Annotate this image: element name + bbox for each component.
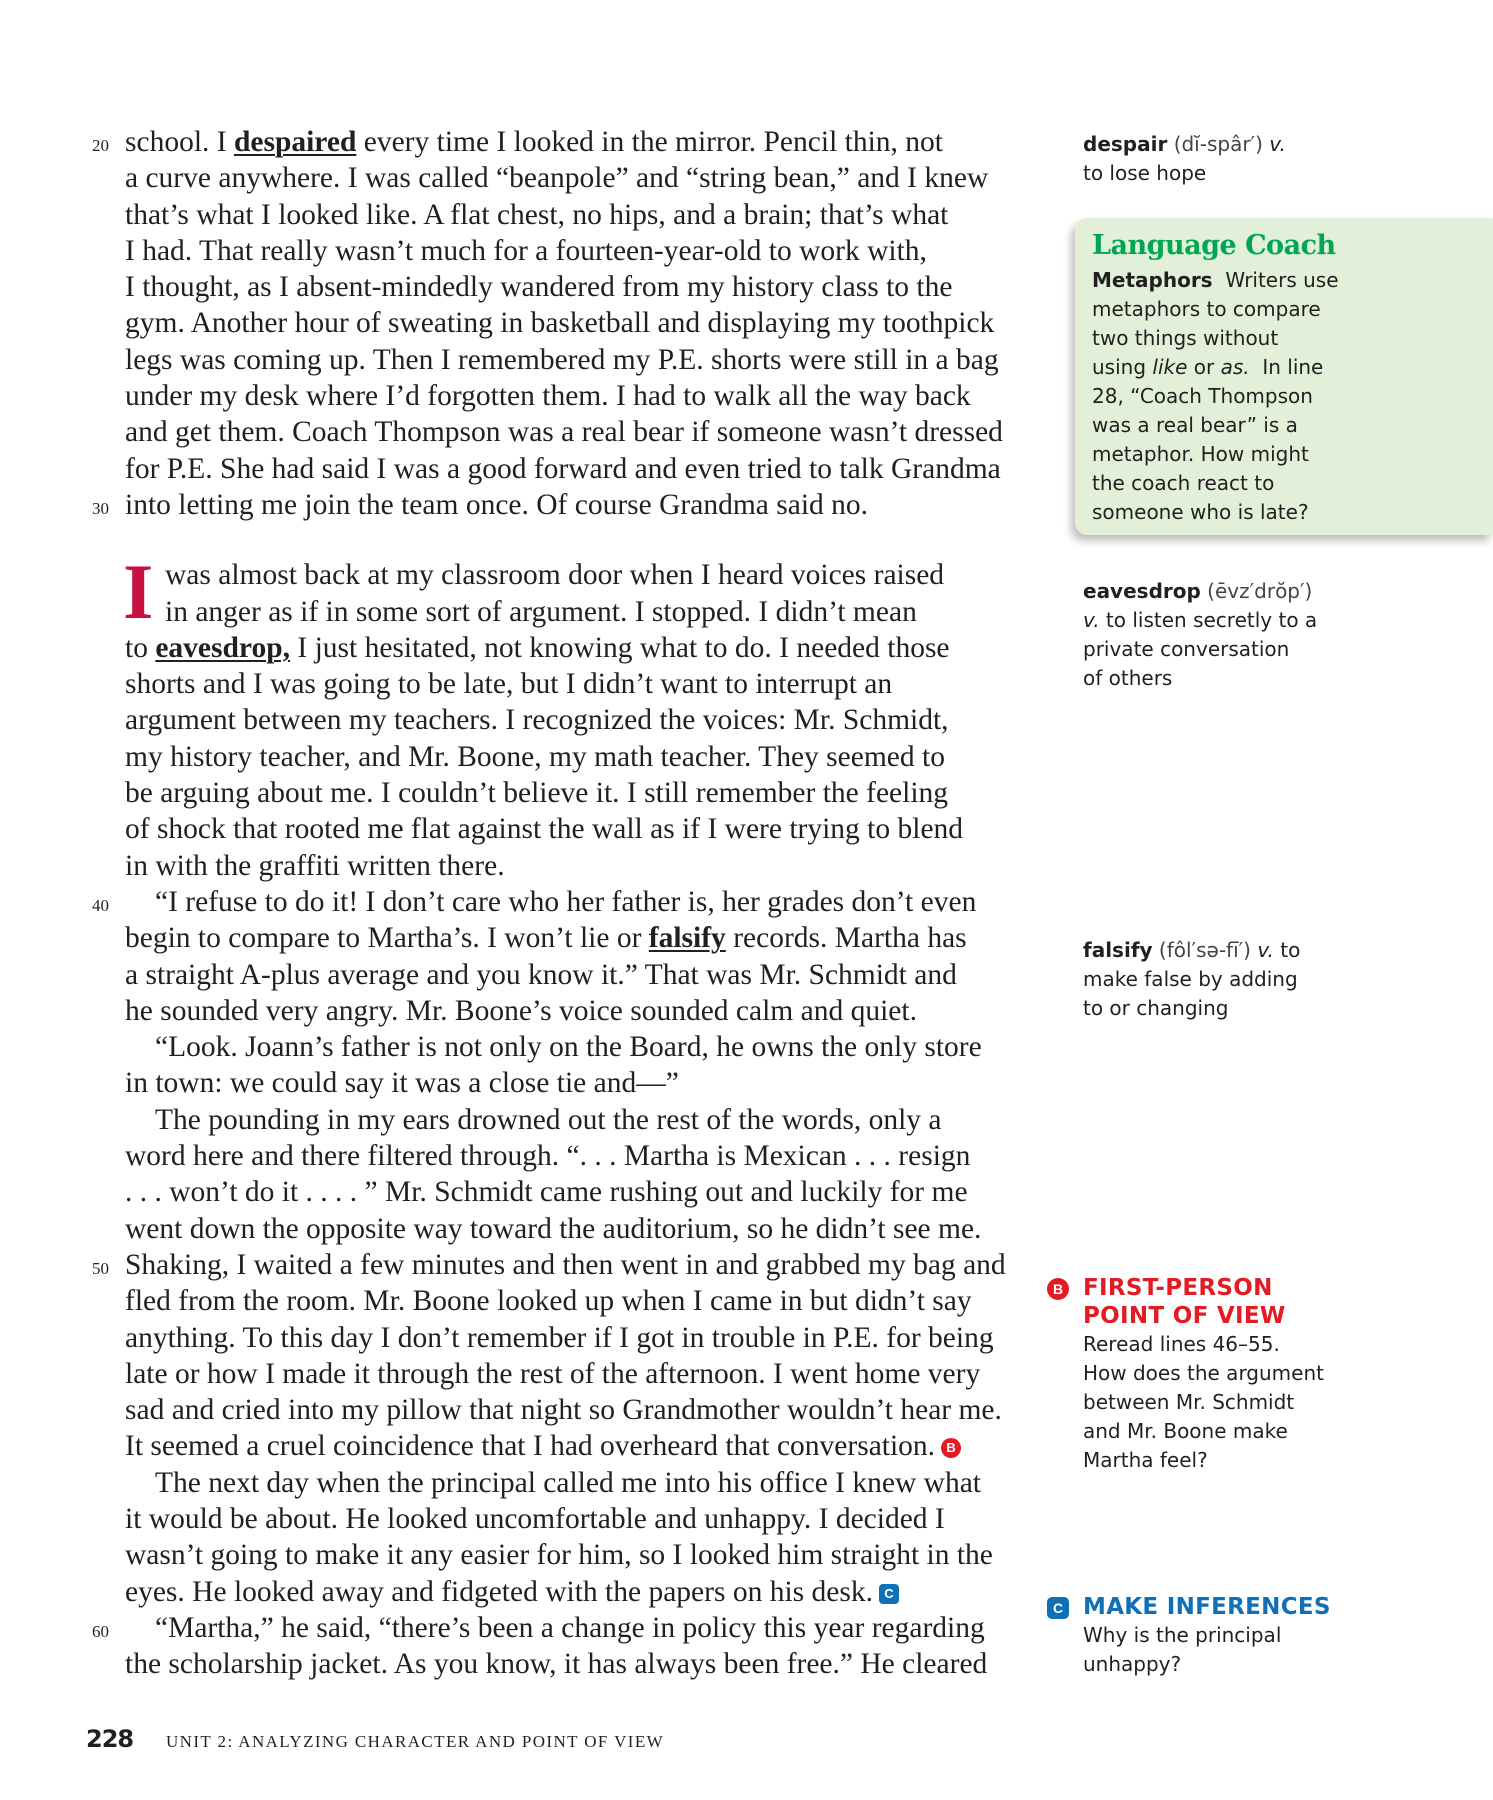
line-number: 50 (92, 1251, 109, 1287)
text-line: be arguing about me. I couldn’t believe … (125, 775, 1025, 811)
text-line: legs was coming up. Then I remembered my… (125, 342, 1025, 378)
text-line: my history teacher, and Mr. Boone, my ma… (125, 739, 1025, 775)
page-footer: 228 UNIT 2: ANALYZING CHARACTER AND POIN… (86, 1725, 133, 1753)
text-line: I had. That really wasn’t much for a fou… (125, 233, 1025, 269)
marker-b-icon[interactable]: B (941, 1438, 961, 1458)
pronunciation: (ēvz′drŏp′) (1207, 579, 1312, 603)
line-number: 30 (92, 491, 109, 527)
text-line: wasn’t going to make it any easier for h… (125, 1537, 1025, 1573)
text-line: it would be about. He looked uncomfortab… (125, 1501, 1025, 1537)
vocab-definition-eavesdrop: eavesdrop (ēvz′drŏp′) v. to listen secre… (1083, 577, 1403, 693)
text-line: under my desk where I’d forgotten them. … (125, 378, 1025, 414)
text-line: . . . won’t do it . . . . ” Mr. Schmidt … (125, 1174, 1025, 1210)
language-coach-body: Metaphors Writers use metaphors to compa… (1092, 266, 1422, 527)
text-line: eyes. He looked away and fidgeted with t… (125, 1574, 1025, 1610)
coach-term: Metaphors (1092, 268, 1213, 292)
marker-c-icon: C (1047, 1597, 1069, 1619)
text-line: a curve anywhere. I was called “beanpole… (125, 160, 1025, 196)
text-line: “Look. Joann’s father is not only on the… (125, 1029, 1025, 1065)
text-line: The pounding in my ears drowned out the … (125, 1102, 1025, 1138)
text-line: he sounded very angry. Mr. Boone’s voice… (125, 993, 1025, 1029)
vocab-word-falsify[interactable]: falsify (649, 922, 726, 954)
marker-c-icon[interactable]: C (879, 1584, 899, 1604)
section-start: I was almost back at my classroom door w… (125, 557, 1025, 630)
text-line: 50 Shaking, I waited a few minutes and t… (125, 1247, 1025, 1283)
text-line: anything. To this day I don’t remember i… (125, 1320, 1025, 1356)
text-line: It seemed a cruel coincidence that I had… (125, 1428, 1025, 1464)
text-line: begin to compare to Martha’s. I won’t li… (125, 920, 1025, 956)
note-title: MAKE INFERENCES (1083, 1593, 1403, 1621)
vocab-definition-despair: despair (dĭ-spâr′) v. to lose hope (1083, 130, 1403, 188)
text-line: for P.E. She had said I was a good forwa… (125, 451, 1025, 487)
text-line: 60 “Martha,” he said, “there’s been a ch… (125, 1610, 1025, 1646)
text-line: argument between my teachers. I recogniz… (125, 702, 1025, 738)
pronunciation: (fôl′sə-fī′) (1159, 938, 1251, 962)
text-line: went down the opposite way toward the au… (125, 1211, 1025, 1247)
language-coach-title: Language Coach (1092, 230, 1336, 261)
note-title: POINT OF VIEW (1083, 1302, 1403, 1330)
text-line: and get them. Coach Thompson was a real … (125, 414, 1025, 450)
vocab-term: falsify (1083, 938, 1153, 962)
text-line: that’s what I looked like. A flat chest,… (125, 197, 1025, 233)
language-coach-box: Language Coach Metaphors Writers use met… (1075, 218, 1493, 535)
text-line: shorts and I was going to be late, but I… (125, 666, 1025, 702)
text-line: of shock that rooted me flat against the… (125, 811, 1025, 847)
line-number: 40 (92, 888, 109, 924)
pronunciation: (dĭ-spâr′) (1174, 132, 1263, 156)
vocab-word-eavesdrop[interactable]: eavesdrop, (155, 632, 290, 664)
note-first-person-point-of-view: B FIRST-PERSON POINT OF VIEW Reread line… (1083, 1274, 1403, 1475)
page-number: 228 (86, 1725, 133, 1753)
text-line: in town: we could say it was a close tie… (125, 1065, 1025, 1101)
note-make-inferences: C MAKE INFERENCES Why is the principal u… (1083, 1593, 1403, 1679)
text-line: 40 “I refuse to do it! I don’t care who … (125, 884, 1025, 920)
text-line: to eavesdrop, I just hesitated, not know… (125, 630, 1025, 666)
marker-b-icon: B (1047, 1278, 1069, 1300)
vocab-word-despaired[interactable]: despaired (234, 126, 356, 158)
line-number: 20 (92, 128, 109, 164)
line-number: 60 (92, 1614, 109, 1650)
vocab-definition-falsify: falsify (fôl′sə-fī′) v. to make false by… (1083, 936, 1403, 1023)
text-line: a straight A-plus average and you know i… (125, 957, 1025, 993)
text-line: in with the graffiti written there. (125, 848, 1025, 884)
text-line: sad and cried into my pillow that night … (125, 1392, 1025, 1428)
vocab-term: eavesdrop (1083, 579, 1201, 603)
text-line: word here and there filtered through. “.… (125, 1138, 1025, 1174)
text-line: was almost back at my classroom door whe… (125, 557, 1025, 593)
text-line: 30 into letting me join the team once. O… (125, 487, 1025, 523)
unit-title: UNIT 2: ANALYZING CHARACTER AND POINT OF… (166, 1732, 664, 1752)
text-line: in anger as if in some sort of argument.… (125, 594, 1025, 630)
vocab-term: despair (1083, 132, 1167, 156)
text-line: fled from the room. Mr. Boone looked up … (125, 1283, 1025, 1319)
text-line: late or how I made it through the rest o… (125, 1356, 1025, 1392)
text-line: 20 school. I despaired every time I look… (125, 124, 1025, 160)
story-text-column: 20 school. I despaired every time I look… (125, 124, 1025, 1682)
text-line: The next day when the principal called m… (125, 1465, 1025, 1501)
text-line: the scholarship jacket. As you know, it … (125, 1646, 1025, 1682)
text-line: I thought, as I absent-mindedly wandered… (125, 269, 1025, 305)
text-line: gym. Another hour of sweating in basketb… (125, 305, 1025, 341)
definition: to lose hope (1083, 159, 1403, 188)
note-title: FIRST-PERSON (1083, 1274, 1403, 1302)
